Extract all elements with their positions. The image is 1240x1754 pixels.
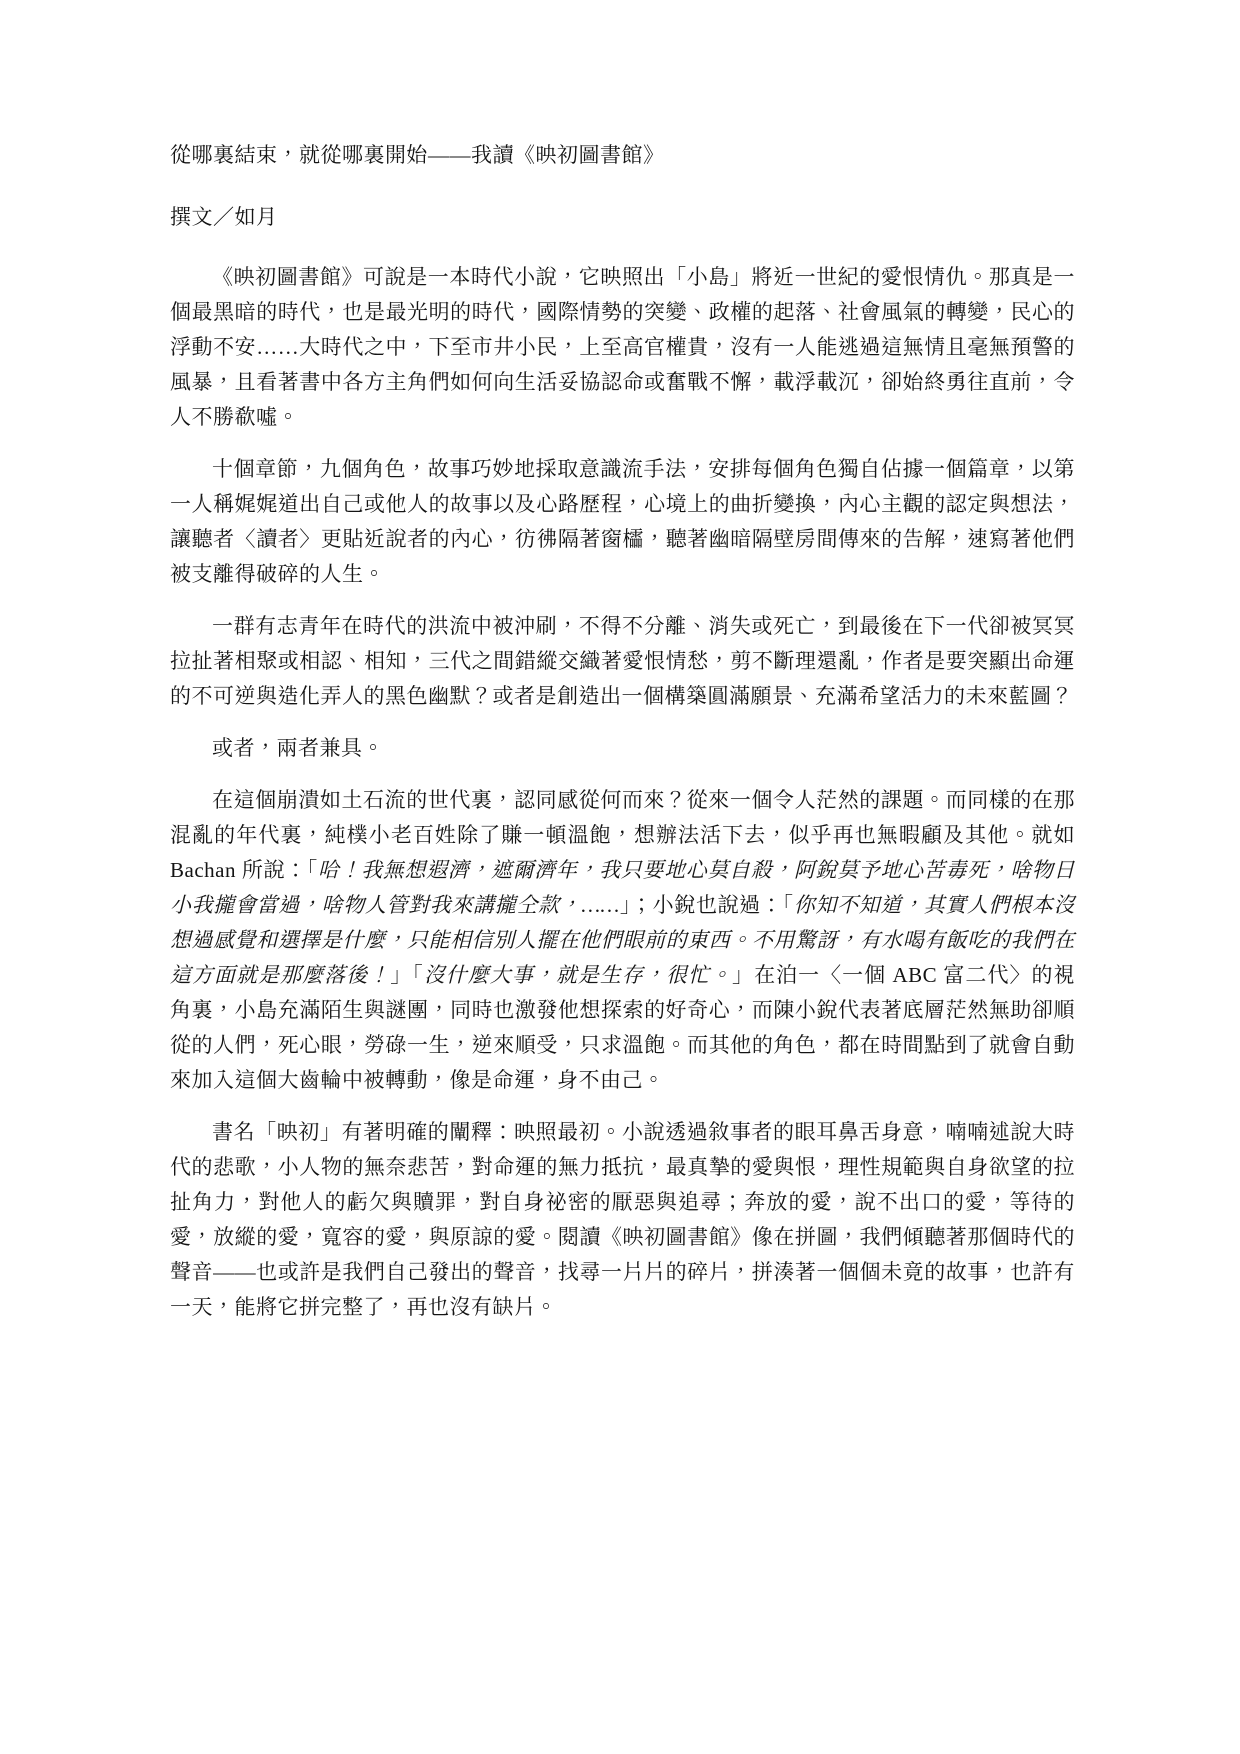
paragraph-text: 或者，兩者兼具。 (212, 736, 384, 760)
paragraph: 十個章節，九個角色，故事巧妙地採取意識流手法，安排每個角色獨自佔據一個篇章，以第… (170, 452, 1075, 592)
byline: 撰文／如月 (170, 200, 1075, 235)
article-body: 《映初圖書館》可說是一本時代小說，它映照出「小島」將近一世紀的愛恨情仇。那真是一… (170, 260, 1075, 1325)
paragraph-text: 一群有志青年在時代的洪流中被沖刷，不得不分離、消失或死亡，到最後在下一代卻被冥冥… (170, 614, 1075, 708)
paragraph: 書名「映初」有著明確的闡釋：映照最初。小說透過敘事者的眼耳鼻舌身意，喃喃述說大時… (170, 1115, 1075, 1325)
paragraph-text: 」；小銳也說過：「 (620, 893, 794, 917)
paragraph-text: 十個章節，九個角色，故事巧妙地採取意識流手法，安排每個角色獨自佔據一個篇章，以第… (170, 457, 1075, 586)
paragraph-text: 《映初圖書館》可說是一本時代小說，它映照出「小島」將近一世紀的愛恨情仇。那真是一… (170, 265, 1075, 429)
paragraph-text: 」「 (390, 963, 424, 987)
paragraph: 《映初圖書館》可說是一本時代小說，它映照出「小島」將近一世紀的愛恨情仇。那真是一… (170, 260, 1075, 435)
paragraph-text: 書名「映初」有著明確的闡釋：映照最初。小說透過敘事者的眼耳鼻舌身意，喃喃述說大時… (170, 1120, 1075, 1319)
paragraph: 或者，兩者兼具。 (170, 731, 1075, 766)
quoted-dialogue: 沒什麼大事，就是生存，很忙。 (424, 963, 732, 987)
page-title: 從哪裏結束，就從哪裏開始——我讀《映初圖書館》 (170, 138, 1075, 173)
paragraph: 在這個崩潰如土石流的世代裏，認同感從何而來？從來一個令人茫然的課題。而同樣的在那… (170, 783, 1075, 1098)
paragraph: 一群有志青年在時代的洪流中被沖刷，不得不分離、消失或死亡，到最後在下一代卻被冥冥… (170, 609, 1075, 714)
document-page: 從哪裏結束，就從哪裏開始——我讀《映初圖書館》 撰文／如月 《映初圖書館》可說是… (0, 0, 1240, 1754)
